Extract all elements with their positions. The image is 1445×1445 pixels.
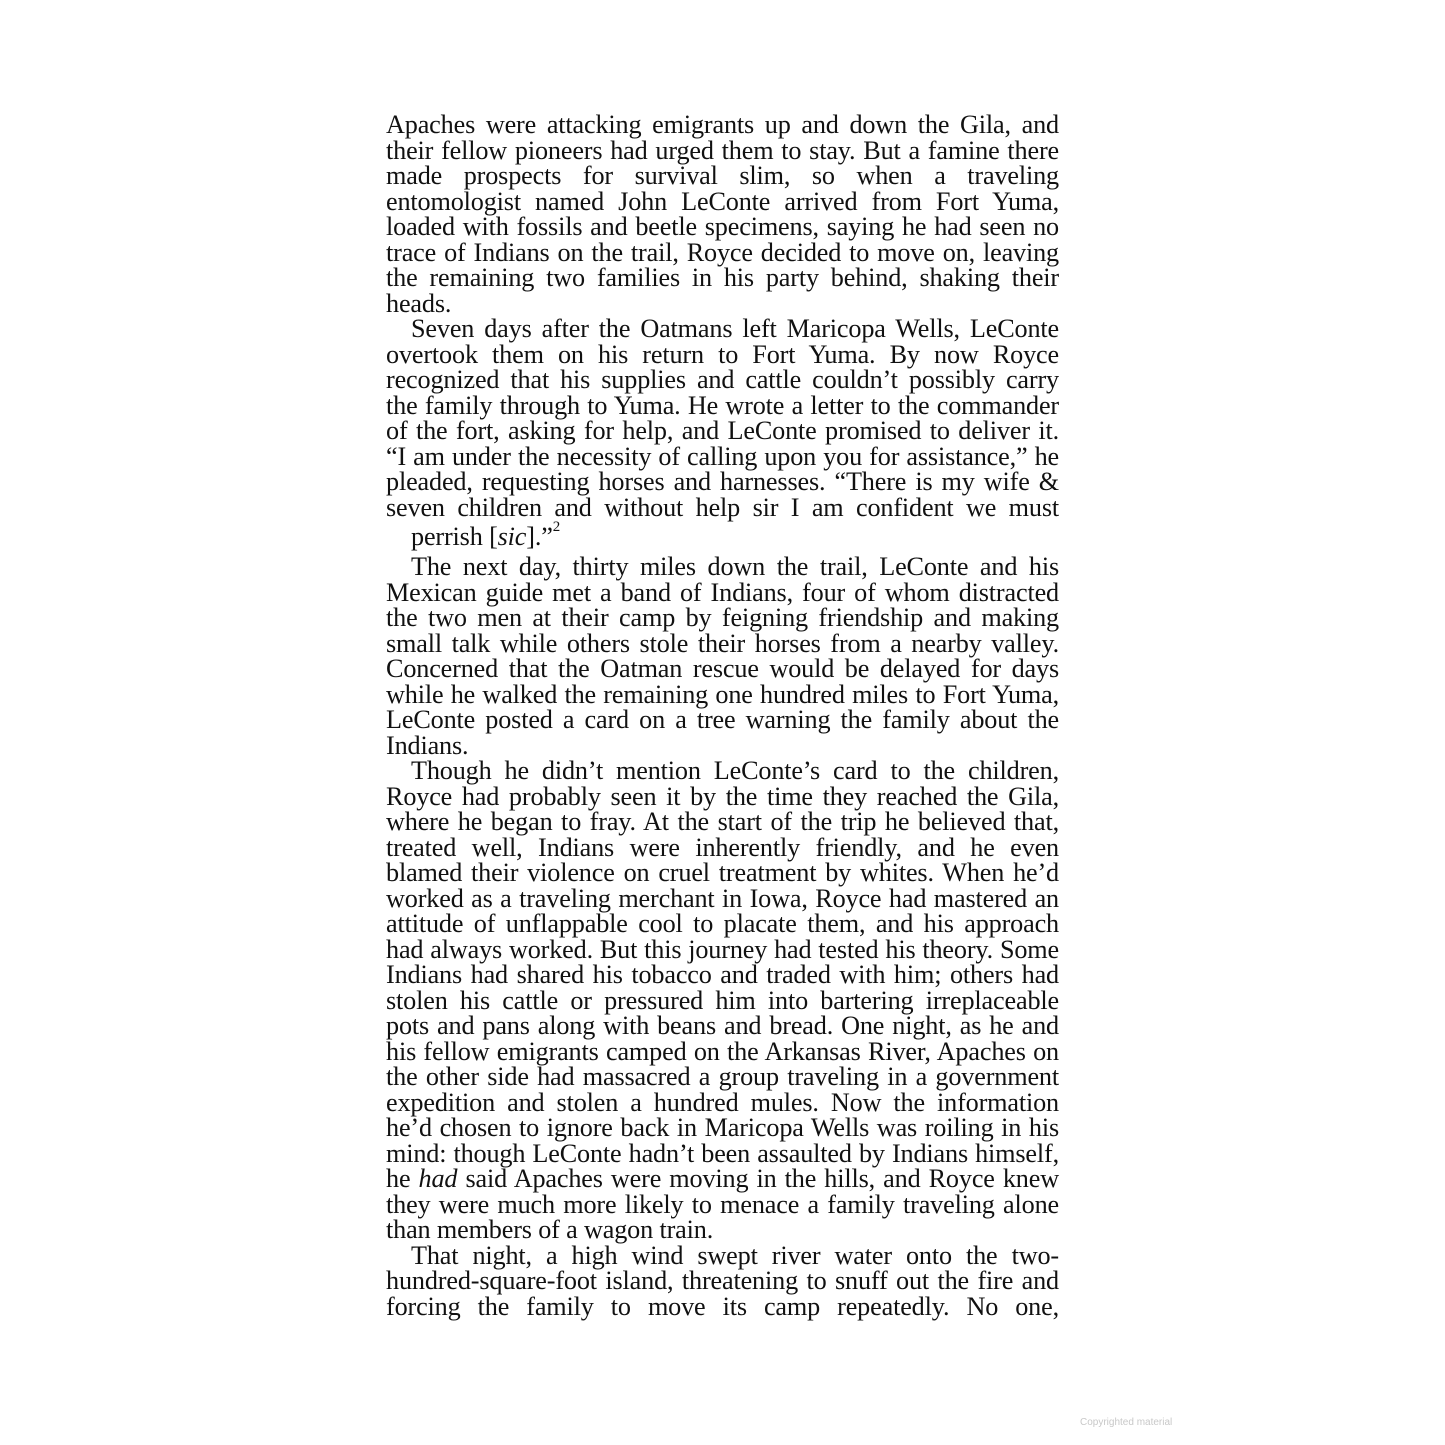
paragraph-2-text: Seven days after the Oatmans left Marico… — [386, 314, 1059, 522]
paragraph-1: Apaches were attacking emigrants up and … — [386, 112, 1059, 316]
copyright-watermark: Copyrighted material — [1080, 1417, 1172, 1428]
page-body: Apaches were attacking emigrants up and … — [386, 112, 1059, 1319]
paragraph-2: Seven days after the Oatmans left Marico… — [386, 316, 1059, 554]
sic-italic: sic — [498, 522, 527, 551]
paragraph-3: The next day, thirty miles down the trai… — [386, 554, 1059, 758]
footnote-marker[interactable]: 2 — [553, 519, 560, 535]
paragraph-4: Though he didn’t mention LeConte’s card … — [386, 758, 1059, 1243]
paragraph-4-text: Though he didn’t mention LeConte’s card … — [386, 756, 1059, 1193]
paragraph-2-tail: perrish [sic].”2 — [386, 520, 560, 554]
quote-end: perrish [ — [411, 522, 498, 551]
quote-close: ].” — [526, 522, 552, 551]
paragraph-4-tail: said Apaches were moving in the hills, a… — [386, 1164, 1059, 1244]
paragraph-5: That night, a high wind swept river wate… — [386, 1243, 1059, 1320]
